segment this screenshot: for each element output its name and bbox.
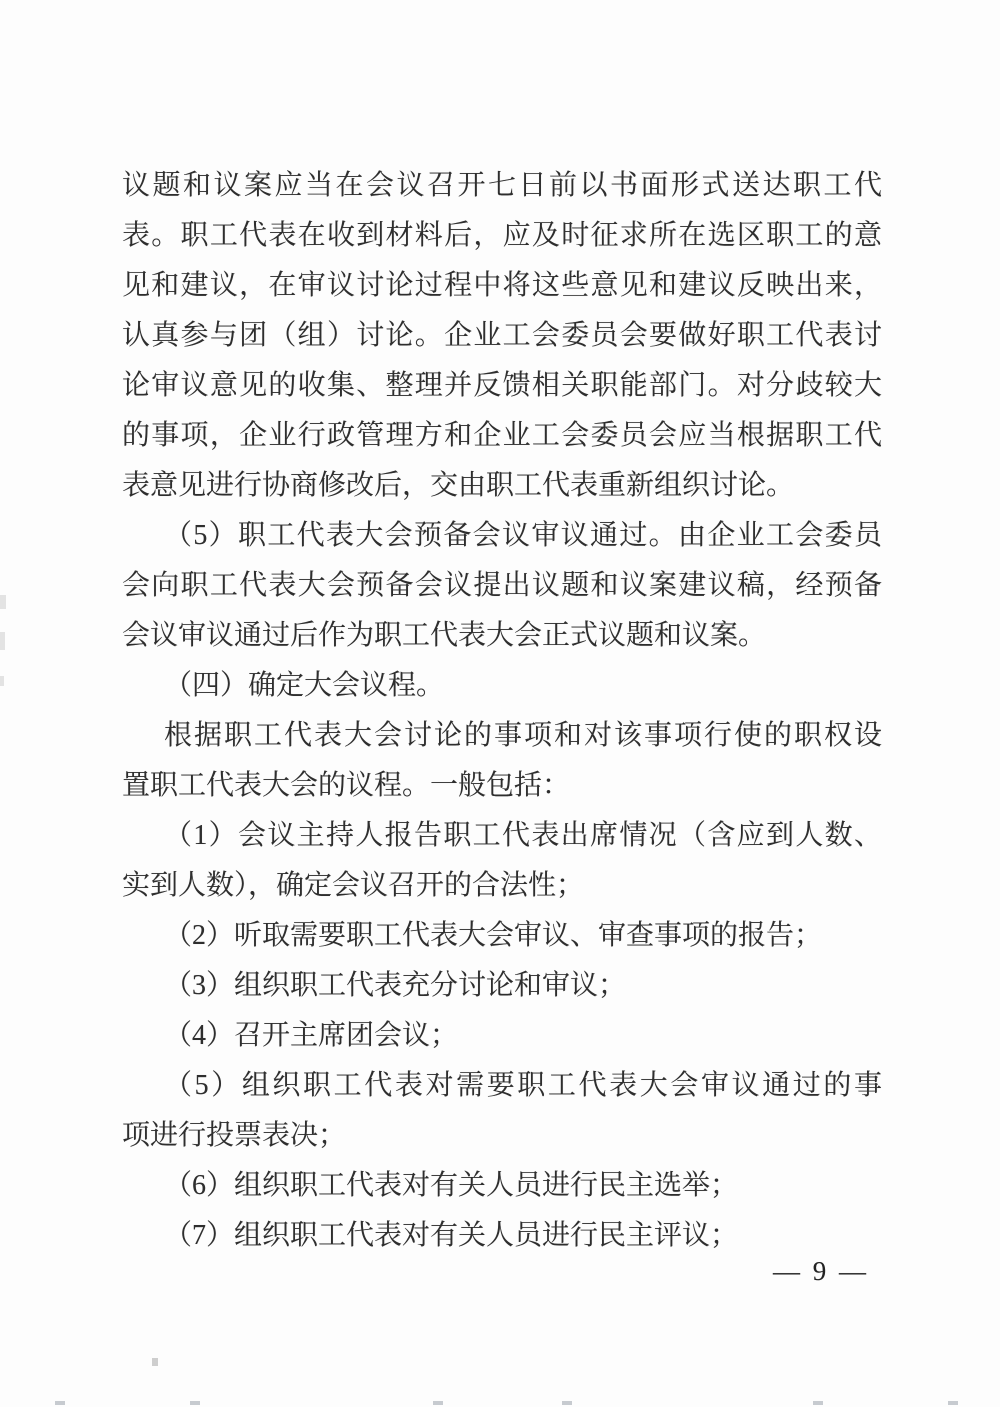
text-line: （3）组织职工代表充分讨论和审议； <box>122 961 882 1011</box>
text-line: （5）职工代表大会预备会议审议通过。由企业工会委员 <box>122 511 882 561</box>
scan-artifact <box>433 1401 443 1405</box>
text-line: 实到人数），确定会议召开的合法性； <box>122 861 882 911</box>
paragraph: （1）会议主持人报告职工代表出席情况（含应到人数、实到人数），确定会议召开的合法… <box>122 811 882 911</box>
text-line: （1）会议主持人报告职工代表出席情况（含应到人数、 <box>122 811 882 861</box>
scan-artifact <box>813 1401 823 1405</box>
paragraph: （5）职工代表大会预备会议审议通过。由企业工会委员会向职工代表大会预备会议提出议… <box>122 511 882 661</box>
text-line: 论审议意见的收集、整理并反馈相关职能部门。对分歧较大 <box>122 361 882 411</box>
text-line: 见和建议，在审议讨论过程中将这些意见和建议反映出来， <box>122 261 882 311</box>
text-line: （6）组织职工代表对有关人员进行民主选举； <box>122 1161 882 1211</box>
scan-artifact <box>152 1358 158 1366</box>
paragraph: （7）组织职工代表对有关人员进行民主评议； <box>122 1211 882 1261</box>
text-line: （2）听取需要职工代表大会审议、审查事项的报告； <box>122 911 882 961</box>
paragraph: （4）召开主席团会议； <box>122 1011 882 1061</box>
paragraph: 根据职工代表大会讨论的事项和对该事项行使的职权设置职工代表大会的议程。一般包括： <box>122 711 882 811</box>
text-line: 认真参与团（组）讨论。企业工会委员会要做好职工代表讨 <box>122 311 882 361</box>
scan-artifact <box>562 1401 572 1405</box>
text-line: 根据职工代表大会讨论的事项和对该事项行使的职权设 <box>122 711 882 761</box>
text-line: （4）召开主席团会议； <box>122 1011 882 1061</box>
page-number: — 9 — <box>756 1256 886 1287</box>
paragraph: 议题和议案应当在会议召开七日前以书面形式送达职工代表。职工代表在收到材料后，应及… <box>122 161 882 511</box>
paragraph: （3）组织职工代表充分讨论和审议； <box>122 961 882 1011</box>
text-line: 的事项，企业行政管理方和企业工会委员会应当根据职工代 <box>122 411 882 461</box>
text-line: 表。职工代表在收到材料后，应及时征求所在选区职工的意 <box>122 211 882 261</box>
scan-artifact <box>0 676 4 686</box>
document-body: 议题和议案应当在会议召开七日前以书面形式送达职工代表。职工代表在收到材料后，应及… <box>122 161 882 1261</box>
text-line: （5）组织职工代表对需要职工代表大会审议通过的事 <box>122 1061 882 1111</box>
scan-artifact <box>0 595 6 609</box>
scanned-document-page: 议题和议案应当在会议召开七日前以书面形式送达职工代表。职工代表在收到材料后，应及… <box>0 0 1000 1407</box>
paragraph: （四）确定大会议程。 <box>122 661 882 711</box>
text-line: 会议审议通过后作为职工代表大会正式议题和议案。 <box>122 611 882 661</box>
scan-artifact <box>190 1401 200 1405</box>
scan-artifact <box>948 1401 958 1405</box>
scan-artifact <box>0 632 5 650</box>
text-line: 项进行投票表决； <box>122 1111 882 1161</box>
paragraph: （5）组织职工代表对需要职工代表大会审议通过的事项进行投票表决； <box>122 1061 882 1161</box>
paragraph: （2）听取需要职工代表大会审议、审查事项的报告； <box>122 911 882 961</box>
scan-artifact <box>55 1401 65 1405</box>
text-line: 表意见进行协商修改后，交由职工代表重新组织讨论。 <box>122 461 882 511</box>
paragraph: （6）组织职工代表对有关人员进行民主选举； <box>122 1161 882 1211</box>
text-line: 会向职工代表大会预备会议提出议题和议案建议稿，经预备 <box>122 561 882 611</box>
text-line: （四）确定大会议程。 <box>122 661 882 711</box>
text-line: （7）组织职工代表对有关人员进行民主评议； <box>122 1211 882 1261</box>
text-line: 议题和议案应当在会议召开七日前以书面形式送达职工代 <box>122 161 882 211</box>
text-line: 置职工代表大会的议程。一般包括： <box>122 761 882 811</box>
